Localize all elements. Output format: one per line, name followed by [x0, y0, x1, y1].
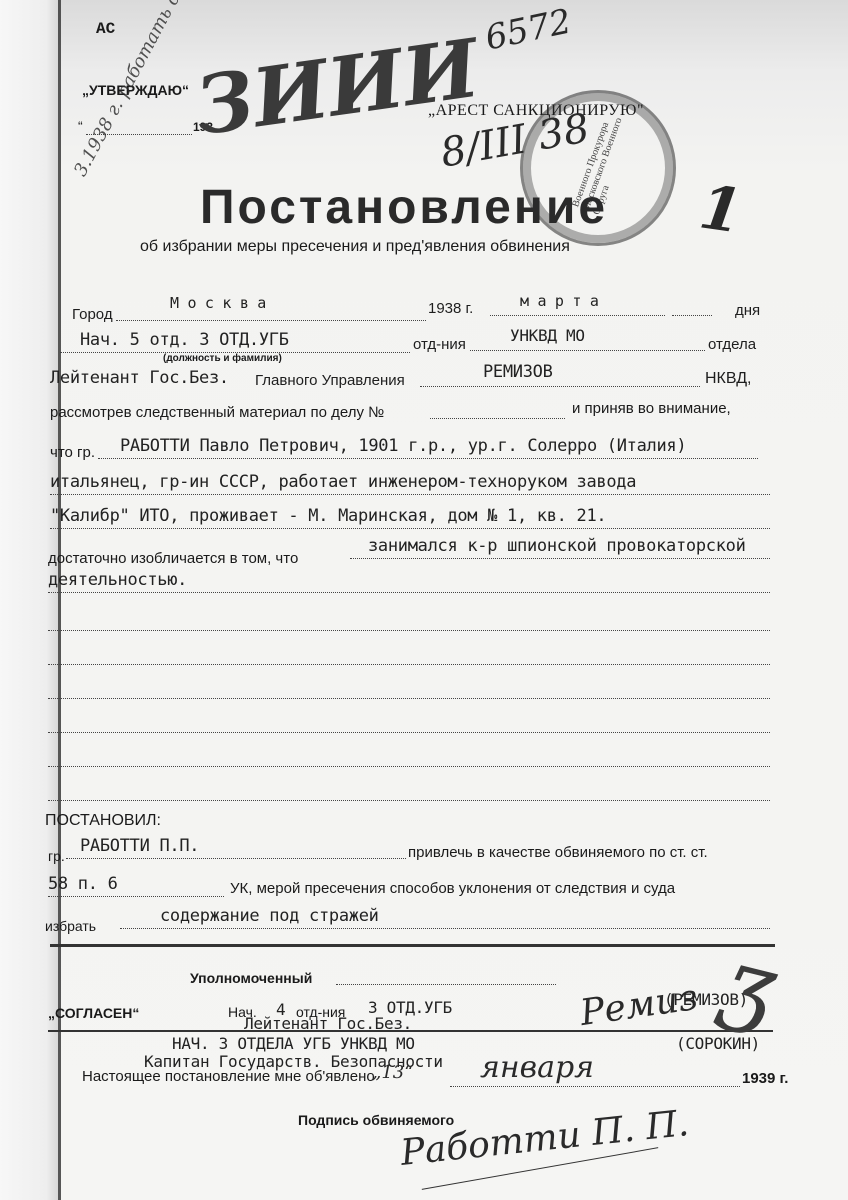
decision-heading: ПОСТАНОВИЛ:	[45, 812, 161, 830]
section-label: отдела	[708, 336, 756, 353]
announced-month: января	[480, 1050, 594, 1085]
directorate-label: Главного Управления	[255, 372, 405, 389]
suspect-label: что гр.	[50, 444, 95, 461]
citizen-label: гр.	[48, 848, 65, 864]
blank-line	[48, 800, 770, 801]
blank-line	[48, 664, 770, 665]
day-line	[672, 315, 712, 316]
document-title: Постановление	[200, 180, 608, 235]
measure-value: содержание под стражей	[160, 906, 379, 926]
department-line	[470, 350, 705, 351]
suspect-line-2: итальянец, гр-ин СССР, работает инженеро…	[50, 472, 636, 492]
position-caption: (должность и фамилия)	[163, 353, 282, 364]
suspect-underline-2	[50, 494, 770, 495]
month-value: м а р т а	[520, 292, 599, 310]
section-divider	[50, 944, 775, 947]
measure-underline	[120, 928, 770, 929]
signature-divider	[48, 1030, 773, 1032]
announced-year: 1939 г.	[742, 1070, 788, 1087]
department-label: отд-ния	[413, 336, 466, 353]
blank-line	[48, 766, 770, 767]
announced-day: „13“	[372, 1062, 413, 1083]
city-label: Город	[72, 306, 113, 323]
month-line	[490, 315, 665, 316]
charge-label: привлечь в качестве обвиняемого по ст. с…	[408, 844, 708, 861]
rank-value: Лейтенант Гос.Без.	[50, 368, 229, 388]
head-title: НАЧ. 3 ОТДЕЛА УГБ УНКВД МО	[172, 1034, 415, 1053]
suspect-line-1: РАБОТТИ Павло Петрович, 1901 г.р., ур.г.…	[120, 436, 686, 456]
citizen-underline	[66, 858, 406, 859]
blank-line	[48, 698, 770, 699]
accused-signature-label: Подпись обвиняемого	[298, 1112, 454, 1128]
authorized-label: Уполномоченный	[190, 970, 312, 986]
announced-date-line	[450, 1086, 740, 1087]
officer-surname-value: РЕМИЗОВ	[483, 362, 553, 382]
accusation-line-1: занимался к-р шпионской провокаторской	[368, 536, 746, 556]
agreed-label: „СОГЛАСЕН“	[48, 1005, 139, 1021]
officer-position-value: Нач. 5 отд. 3 ОТД.УГБ	[80, 330, 289, 350]
day-label: дня	[735, 302, 760, 319]
document-subtitle: об избрании меры пресечения и пред'явлен…	[140, 238, 570, 256]
article-value: 58 п. 6	[48, 874, 118, 894]
announced-label: Настоящее постановление мне об'явлено	[82, 1068, 375, 1085]
blank-line	[48, 630, 770, 631]
city-line	[116, 320, 426, 321]
surname-line	[420, 386, 700, 387]
org-label: НКВД,	[705, 370, 751, 388]
archive-code: АС	[96, 20, 115, 38]
case-number-field[interactable]	[430, 418, 565, 419]
article-underline	[48, 896, 224, 897]
measure-text: УК, мерой пресечения способов уклонения …	[230, 880, 675, 897]
accusation-label: достаточно изобличается в том, что	[48, 550, 298, 567]
suspect-line-3: "Калибр" ИТО, проживает - М. Маринская, …	[50, 506, 606, 526]
case-text-after: и приняв во внимание,	[572, 400, 731, 417]
authorized-signature-line	[336, 984, 556, 985]
department-value: УНКВД МО	[510, 326, 585, 345]
approve-date-prefix: “	[78, 118, 83, 134]
choose-label: избрать	[45, 918, 96, 934]
city-value: М о с к в а	[170, 294, 266, 312]
year-label: 1938 г.	[428, 300, 473, 317]
accusation-underline-1	[350, 558, 770, 559]
citizen-value: РАБОТТИ П.П.	[80, 836, 199, 856]
accusation-line-2: деятельностью.	[48, 570, 187, 590]
accusation-underline-2	[48, 592, 770, 593]
suspect-underline-1	[98, 458, 758, 459]
suspect-underline-3	[50, 528, 770, 529]
blank-line	[48, 732, 770, 733]
case-text-before: рассмотрев следственный материал по делу…	[50, 404, 384, 421]
